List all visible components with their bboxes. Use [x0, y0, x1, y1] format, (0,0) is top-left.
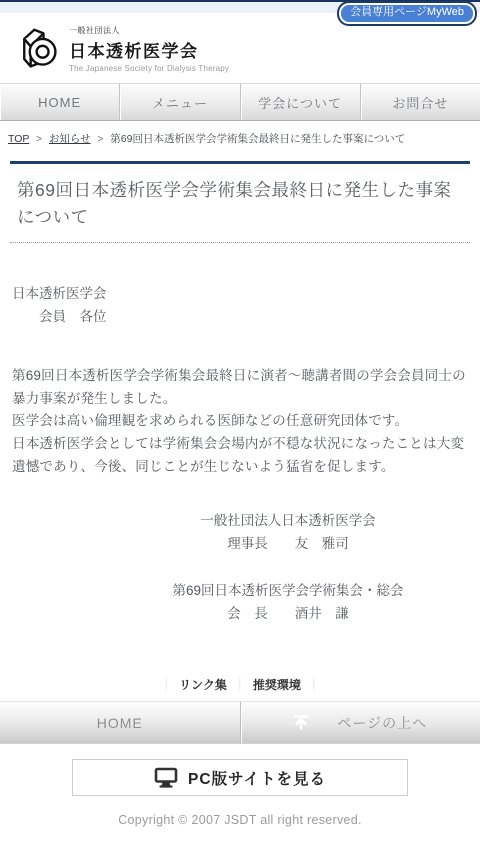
salutation-line: 日本透析医学会 [12, 283, 468, 306]
arrow-up-to-top-icon [293, 715, 309, 730]
salutation-line: 会員 各位 [12, 306, 468, 329]
org-name-english: The Japanese Society for Dialysis Therap… [69, 64, 229, 73]
body-line: 医学会は高い倫理観を求められる医師などの任意研究団体です。 [12, 410, 468, 433]
footer-home-button[interactable]: HOME [0, 702, 240, 743]
salutation: 日本透析医学会 会員 各位 [12, 283, 468, 329]
footer-links-separator: ｜ [160, 678, 172, 692]
breadcrumb: TOP > お知らせ > 第69回日本透析医学会学術集会最終日に発生した事案につ… [0, 121, 480, 146]
monitor-icon [154, 767, 178, 788]
page-top-label: ページの上へ [337, 713, 427, 733]
nav-item-contact[interactable]: お問合せ [361, 84, 480, 120]
copyright-text: Copyright © 2007 JSDT all right reserved… [0, 813, 480, 827]
myweb-members-button[interactable]: 会員専用ページMyWeb [339, 3, 475, 24]
pc-site-button-label: PC版サイトを見る [188, 767, 326, 789]
site-title-block: 一般社団法人 日本透析医学会 The Japanese Society for … [69, 25, 229, 73]
breadcrumb-separator: > [98, 134, 104, 145]
nav-item-menu[interactable]: メニュー [120, 84, 240, 120]
body-line: 第69回日本透析医学会学術集会最終日に演者〜聴講者間の学会会員同士の暴力事案が発… [12, 365, 468, 410]
signature-area: 一般社団法人日本透析医学会 理事長 友 雅司 第69回日本透析医学会学術集会・総… [0, 510, 480, 626]
footer-links-row: ｜リンク集｜推奨環境｜ [0, 676, 480, 693]
breadcrumb-link-news[interactable]: お知らせ [49, 133, 91, 145]
footer-bar: HOME ページの上へ [0, 701, 480, 744]
breadcrumb-link-top[interactable]: TOP [8, 133, 29, 145]
footer-links-separator: ｜ [234, 678, 246, 692]
breadcrumb-separator: > [36, 134, 42, 145]
signature-line: 第69回日本透析医学会学術集会・総会 [172, 580, 403, 603]
signature-society: 一般社団法人日本透析医学会 理事長 友 雅司 [200, 510, 376, 556]
nav-item-about[interactable]: 学会について [241, 84, 361, 120]
signature-line: 一般社団法人日本透析医学会 [200, 510, 376, 533]
title-top-rule [10, 161, 470, 164]
footer-link-environment[interactable]: 推奨環境 [253, 678, 301, 692]
header-top-strip: 会員専用ページMyWeb [0, 0, 480, 13]
footer-link-links[interactable]: リンク集 [179, 678, 227, 692]
title-bottom-dotted-rule [10, 242, 470, 243]
page-title: 第69回日本透析医学会学術集会最終日に発生した事案について [17, 177, 463, 231]
breadcrumb-current-page: 第69回日本透析医学会学術集会最終日に発生した事案について [110, 133, 405, 145]
org-type-label: 一般社団法人 [69, 25, 229, 36]
page-top-button[interactable]: ページの上へ [240, 702, 480, 743]
main-nav: HOME メニュー 学会について お問合せ [0, 83, 480, 121]
body-line: 日本透析医学会としては学術集会会場内が不穏な状況になったことは大変遺憾であり、今… [12, 433, 468, 478]
signature-line: 理事長 友 雅司 [200, 533, 376, 556]
nav-item-home[interactable]: HOME [0, 84, 120, 120]
signature-line: 会 長 酒井 謙 [172, 603, 403, 626]
pc-site-button[interactable]: PC版サイトを見る [72, 759, 408, 796]
footer-links-separator: ｜ [308, 678, 320, 692]
jsdt-logo-icon [16, 26, 60, 72]
org-name: 日本透析医学会 [69, 37, 229, 62]
signature-congress: 第69回日本透析医学会学術集会・総会 会 長 酒井 謙 [172, 580, 403, 626]
article-body: 第69回日本透析医学会学術集会最終日に演者〜聴講者間の学会会員同士の暴力事案が発… [12, 365, 468, 478]
